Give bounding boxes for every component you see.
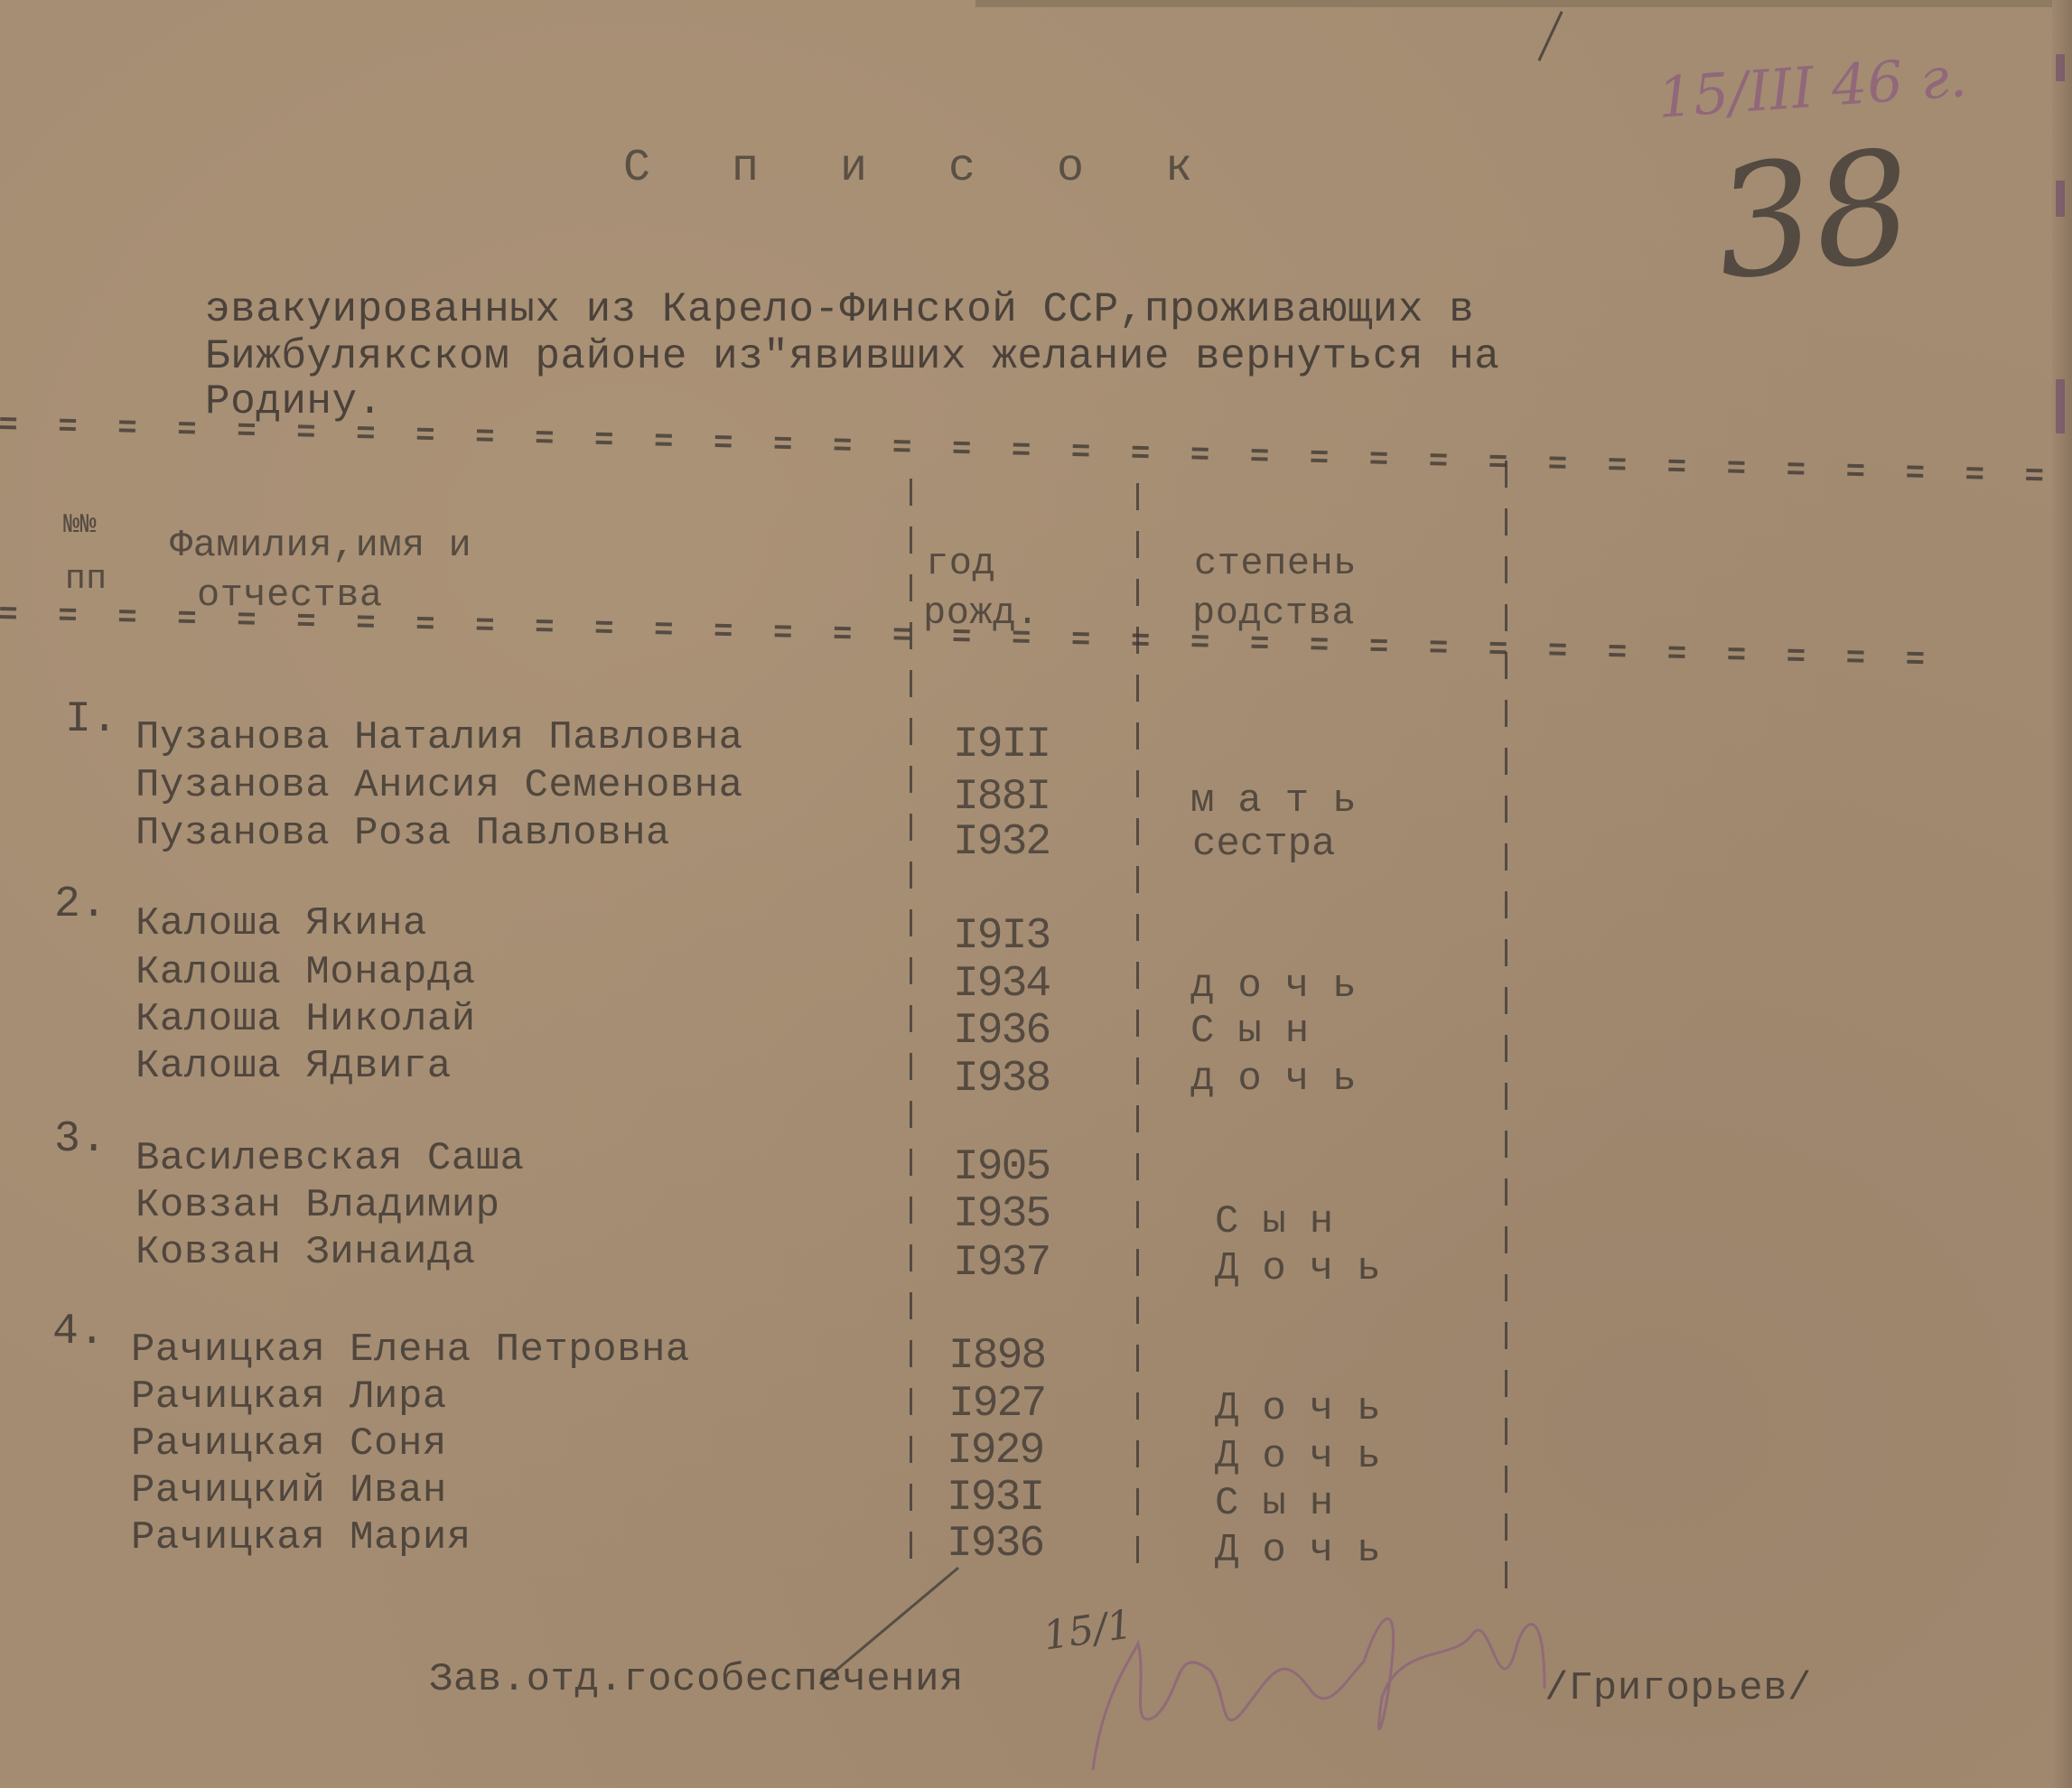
member-name: Рачицкая Лира xyxy=(131,1374,447,1420)
intro-line-3: Родину. xyxy=(205,379,383,424)
member-year: I88I xyxy=(953,773,1050,822)
member-year: I936 xyxy=(947,1520,1043,1569)
member-name: Калоша Якина xyxy=(135,901,427,946)
member-name: Калоша Ядвига xyxy=(135,1044,452,1089)
member-relation: Дочь xyxy=(1215,1528,1405,1573)
member-name: Пузанова Роза Павловна xyxy=(135,811,670,856)
member-year: I935 xyxy=(953,1190,1050,1239)
family-number: 2. xyxy=(54,880,107,929)
member-relation: Дочь xyxy=(1215,1246,1405,1291)
header-relation-sublabel: родства xyxy=(1192,591,1355,635)
header-name-label: Фамилия,имя и xyxy=(170,524,471,567)
member-relation: Дочь xyxy=(1215,1434,1405,1479)
member-year: I937 xyxy=(953,1239,1050,1288)
family-number: I. xyxy=(65,695,118,744)
family-number: 4. xyxy=(52,1308,106,1356)
member-year: I9I3 xyxy=(953,912,1050,961)
member-name: Рачицкая Соня xyxy=(131,1421,447,1467)
member-relation: сестра xyxy=(1192,822,1335,867)
signature-scribble xyxy=(1075,1589,1725,1788)
member-year: I929 xyxy=(947,1427,1043,1476)
page-right-edge xyxy=(2052,0,2072,1788)
family-number: 3. xyxy=(54,1115,107,1164)
member-name: Ковзан Владимир xyxy=(135,1183,500,1228)
member-relation: Сын xyxy=(1215,1481,1357,1526)
member-name: Рачицкая Мария xyxy=(131,1515,471,1560)
intro-line-1: эвакуированных из Карело-Финской ССР,про… xyxy=(205,287,1474,332)
member-name: Пузанова Анисия Семеновна xyxy=(135,763,743,808)
member-name: Ковзан Зинаида xyxy=(135,1230,476,1275)
member-name: Пузанова Наталия Павловна xyxy=(135,715,743,760)
member-year: I936 xyxy=(953,1007,1050,1056)
member-relation: Сын xyxy=(1215,1199,1357,1244)
member-year: I898 xyxy=(948,1332,1045,1381)
member-name: Рачицкий Иван xyxy=(131,1468,447,1513)
column-divider-relation xyxy=(1136,483,1139,1567)
page-top-edge xyxy=(975,0,2072,7)
member-name: Рачицкая Елена Петровна xyxy=(131,1327,690,1373)
member-year: I932 xyxy=(953,818,1050,867)
header-name-sublabel: отчества xyxy=(197,573,383,617)
header-number-sublabel: пп xyxy=(65,560,107,599)
member-name: Василевская Саша xyxy=(135,1136,524,1181)
member-name: Калоша Монарда xyxy=(135,950,476,995)
member-year: I938 xyxy=(953,1055,1050,1104)
member-year: I9II xyxy=(953,721,1050,769)
header-year-label: год xyxy=(926,542,995,585)
column-divider-right xyxy=(1505,461,1507,1598)
header-relation-label: степень xyxy=(1194,542,1357,585)
member-year: I905 xyxy=(953,1143,1050,1192)
footer-position: Зав.отд.гособеспечения xyxy=(429,1657,964,1702)
member-relation: дочь xyxy=(1190,1057,1380,1102)
column-divider-year xyxy=(910,479,912,1562)
member-year: I927 xyxy=(948,1380,1045,1429)
member-year: I93I xyxy=(947,1474,1043,1523)
member-relation: дочь xyxy=(1190,964,1380,1009)
intro-line-2: Бижбулякском районе из"явивших желание в… xyxy=(205,334,1499,379)
member-relation: Дочь xyxy=(1215,1386,1405,1431)
member-year: I934 xyxy=(953,960,1050,1009)
member-relation: Сын xyxy=(1190,1009,1332,1054)
document-title: С п и с о к xyxy=(623,143,1219,194)
member-name: Калоша Николай xyxy=(135,997,476,1042)
header-number-label: №№ xyxy=(63,510,97,541)
member-relation: мать xyxy=(1190,778,1380,824)
handwritten-page-number: 38 xyxy=(1707,116,1920,315)
